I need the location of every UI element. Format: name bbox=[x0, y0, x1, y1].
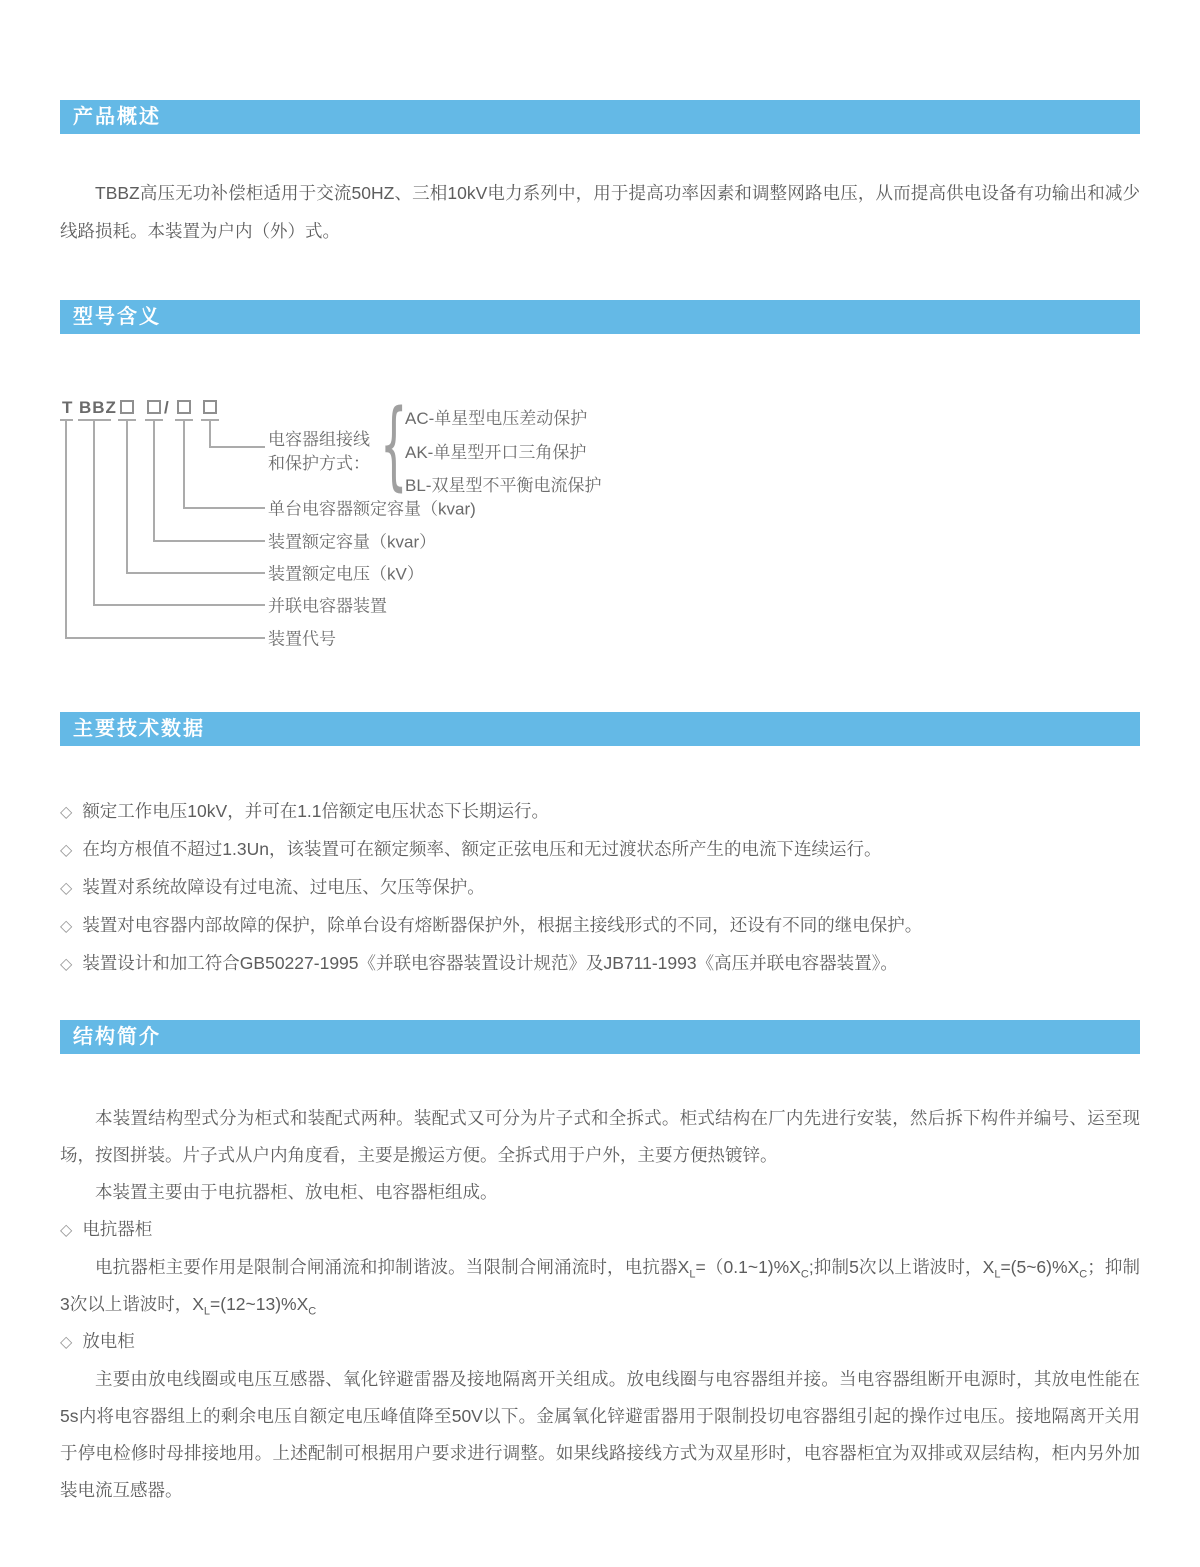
model-code-box-4 bbox=[203, 400, 217, 414]
leader-hline-t bbox=[65, 637, 265, 639]
tech-item-text: 装置对电容器内部故障的保护，除单台设有熔断器保护外，根据主接线形式的不同，还设有… bbox=[82, 915, 922, 935]
leader-vline-box3 bbox=[183, 419, 185, 507]
tech-item: ◇装置设计和加工符合GB50227-1995《并联电容器装置设计规范》及JB71… bbox=[60, 945, 1140, 983]
reactor-cabinet-paragraph: 电抗器柜主要作用是限制合闸涌流和抑制谐波。当限制合闸涌流时，电抗器XL=（0.1… bbox=[60, 1249, 1140, 1323]
page-content: 产品概述 TBBZ高压无功补偿柜适用于交流50HZ、三相10kV电力系列中，用于… bbox=[0, 100, 1200, 1509]
protection-option-ak: AK-单星型开口三角保护 bbox=[405, 438, 586, 463]
leader-label-device-code: 装置代号 bbox=[268, 625, 336, 650]
section-header-model: 型号含义 bbox=[60, 300, 1140, 334]
diamond-bullet-icon: ◇ bbox=[60, 1222, 72, 1239]
tech-item: ◇装置对电容器内部故障的保护，除单台设有熔断器保护外，根据主接线形式的不同，还设… bbox=[60, 907, 1140, 945]
tech-item-text: 在均方根值不超过1.3Un，该装置可在额定频率、额定正弦电压和无过渡状态所产生的… bbox=[82, 839, 881, 859]
diamond-bullet-icon: ◇ bbox=[60, 918, 72, 935]
protection-label-line1: 电容器组接线 bbox=[268, 428, 370, 452]
model-code-box-3 bbox=[177, 400, 191, 414]
leader-hline-box3 bbox=[183, 507, 265, 509]
section-header-overview: 产品概述 bbox=[60, 100, 1140, 134]
leader-hline-box1 bbox=[126, 572, 265, 574]
tech-item-text: 额定工作电压10kV，并可在1.1倍额定电压状态下长期运行。 bbox=[82, 801, 549, 821]
tech-data-list: ◇额定工作电压10kV，并可在1.1倍额定电压状态下长期运行。 ◇在均方根值不超… bbox=[60, 793, 1140, 983]
section-title: 结构简介 bbox=[73, 1026, 161, 1048]
diamond-bullet-icon: ◇ bbox=[60, 842, 72, 859]
structure-paragraph-2: 本装置主要由于电抗器柜、放电柜、电容器柜组成。 bbox=[60, 1174, 1140, 1211]
leader-vline-box4 bbox=[209, 419, 211, 446]
section-header-structure: 结构简介 bbox=[60, 1020, 1140, 1054]
tech-item-text: 装置设计和加工符合GB50227-1995《并联电容器装置设计规范》及JB711… bbox=[82, 953, 898, 973]
diamond-bullet-icon: ◇ bbox=[60, 804, 72, 821]
subheading-text: 电抗器柜 bbox=[82, 1219, 152, 1239]
structure-paragraph-1: 本装置结构型式分为柜式和装配式两种。装配式又可分为片子式和全拆式。柜式结构在厂内… bbox=[60, 1100, 1140, 1174]
section-header-tech: 主要技术数据 bbox=[60, 712, 1140, 746]
section-title: 型号含义 bbox=[73, 306, 161, 328]
diamond-bullet-icon: ◇ bbox=[60, 1334, 72, 1351]
leader-label-rated-capacity: 装置额定容量（kvar） bbox=[268, 528, 436, 553]
leader-vline-box1 bbox=[126, 419, 128, 572]
overview-paragraph: TBBZ高压无功补偿柜适用于交流50HZ、三相10kV电力系列中，用于提高功率因… bbox=[60, 174, 1140, 250]
tech-item: ◇在均方根值不超过1.3Un，该装置可在额定频率、额定正弦电压和无过渡状态所产生… bbox=[60, 831, 1140, 869]
leader-vline-box2 bbox=[153, 419, 155, 540]
structure-text-block: 本装置结构型式分为柜式和装配式两种。装配式又可分为片子式和全拆式。柜式结构在厂内… bbox=[60, 1100, 1140, 1509]
leader-label-shunt-capacitor: 并联电容器装置 bbox=[268, 592, 387, 617]
model-code-box-1 bbox=[120, 400, 134, 414]
protection-option-ac: AC-单星型电压差动保护 bbox=[405, 404, 587, 429]
model-code-box-2 bbox=[147, 400, 161, 414]
tech-item-text: 装置对系统故障设有过电流、过电压、欠压等保护。 bbox=[82, 877, 485, 897]
protection-method-label: 电容器组接线 和保护方式： bbox=[268, 428, 370, 476]
leader-vline-t bbox=[65, 419, 67, 637]
model-designation-diagram: T BBZ / 电容器组接线 和保护方式： { bbox=[60, 398, 1140, 663]
tech-item: ◇装置对系统故障设有过电流、过电压、欠压等保护。 bbox=[60, 869, 1140, 907]
tech-item: ◇额定工作电压10kV，并可在1.1倍额定电压状态下长期运行。 bbox=[60, 793, 1140, 831]
section-title: 主要技术数据 bbox=[73, 718, 205, 740]
diamond-bullet-icon: ◇ bbox=[60, 956, 72, 973]
leader-label-rated-voltage: 装置额定电压（kV） bbox=[268, 560, 424, 585]
model-code-bbz: BBZ bbox=[79, 398, 117, 418]
diamond-bullet-icon: ◇ bbox=[60, 880, 72, 897]
brace-glyph: { bbox=[380, 396, 407, 494]
section-title: 产品概述 bbox=[73, 106, 161, 128]
discharge-cabinet-subheading: ◇放电柜 bbox=[60, 1323, 1140, 1361]
leader-vline-bbz bbox=[93, 419, 95, 604]
reactor-cabinet-subheading: ◇电抗器柜 bbox=[60, 1211, 1140, 1249]
leader-hline-box2 bbox=[153, 540, 265, 542]
leader-hline-box4 bbox=[209, 446, 265, 448]
model-code-t: T bbox=[62, 398, 73, 418]
discharge-cabinet-paragraph: 主要由放电线圈或电压互感器、氧化锌避雷器及接地隔离开关组成。放电线圈与电容器组并… bbox=[60, 1361, 1140, 1509]
leader-hline-bbz bbox=[93, 604, 265, 606]
protection-option-bl: BL-双星型不平衡电流保护 bbox=[405, 471, 601, 496]
subheading-text: 放电柜 bbox=[82, 1331, 135, 1351]
model-code-slash: / bbox=[164, 398, 170, 418]
protection-label-line2: 和保护方式： bbox=[268, 452, 370, 476]
leader-label-unit-capacity: 单台电容器额定容量（kvar) bbox=[268, 495, 476, 520]
